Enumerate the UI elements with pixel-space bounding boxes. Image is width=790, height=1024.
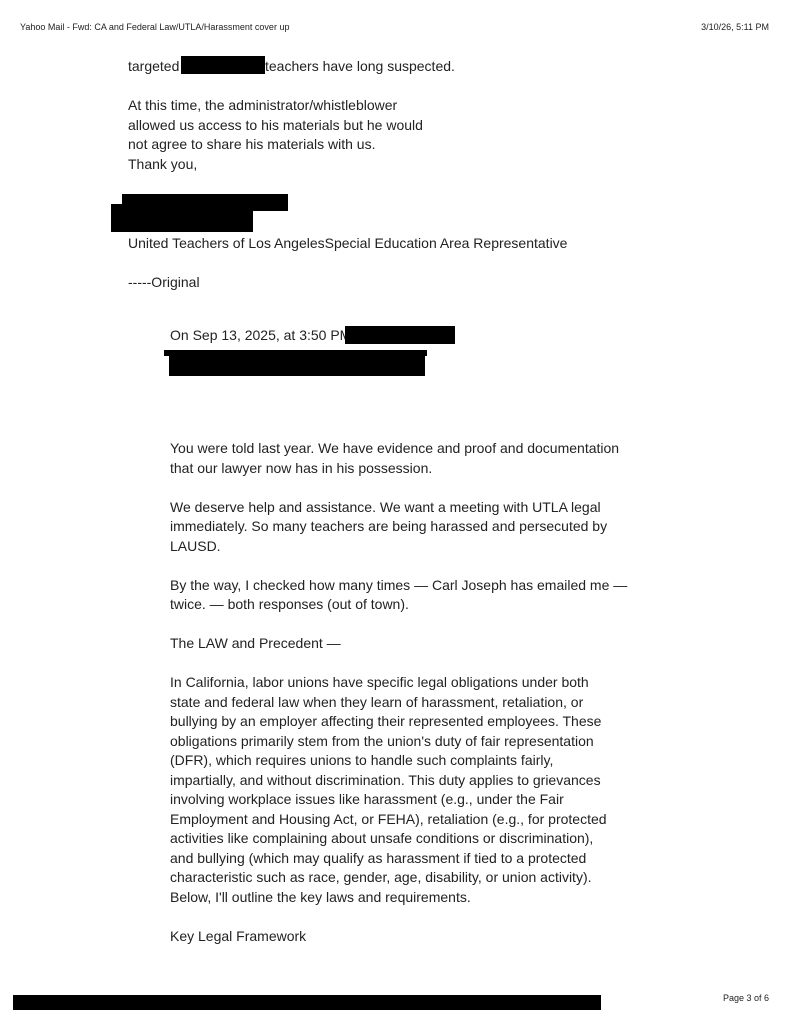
redaction-box bbox=[181, 56, 265, 74]
page-header-title: Yahoo Mail - Fwd: CA and Federal Law/UTL… bbox=[20, 22, 289, 32]
reply-paragraph-line: allowed us access to his materials but h… bbox=[128, 116, 423, 136]
quoted-paragraph: In California, labor unions have specifi… bbox=[170, 673, 618, 907]
reply-paragraph-line: not agree to share his materials with us… bbox=[128, 135, 375, 155]
signature-redaction bbox=[111, 204, 253, 232]
quoted-paragraph: We deserve help and assistance. We want … bbox=[170, 498, 630, 557]
quoted-paragraph: Key Legal Framework bbox=[170, 927, 630, 947]
sender-redaction bbox=[169, 354, 425, 376]
signature-title: United Teachers of Los AngelesSpecial Ed… bbox=[128, 234, 567, 254]
sender-redaction bbox=[345, 326, 455, 344]
reply-line-1-prefix: targeted bbox=[128, 57, 179, 77]
reply-line-1-suffix: teachers have long suspected. bbox=[265, 57, 455, 77]
reply-closing: Thank you, bbox=[128, 155, 197, 175]
reply-paragraph-line: At this time, the administrator/whistleb… bbox=[128, 96, 397, 116]
footer-redaction bbox=[13, 995, 601, 1010]
quoted-message-body: You were told last year. We have evidenc… bbox=[170, 439, 630, 966]
original-message-marker: -----Original bbox=[128, 273, 200, 293]
quoted-attribution: On Sep 13, 2025, at 3:50 PM, bbox=[170, 326, 355, 346]
page-indicator: Page 3 of 6 bbox=[723, 993, 769, 1003]
page-header-timestamp: 3/10/26, 5:11 PM bbox=[701, 22, 769, 32]
quoted-paragraph: By the way, I checked how many times — C… bbox=[170, 576, 630, 615]
quoted-paragraph: You were told last year. We have evidenc… bbox=[170, 439, 630, 478]
quoted-paragraph: The LAW and Precedent — bbox=[170, 634, 630, 654]
